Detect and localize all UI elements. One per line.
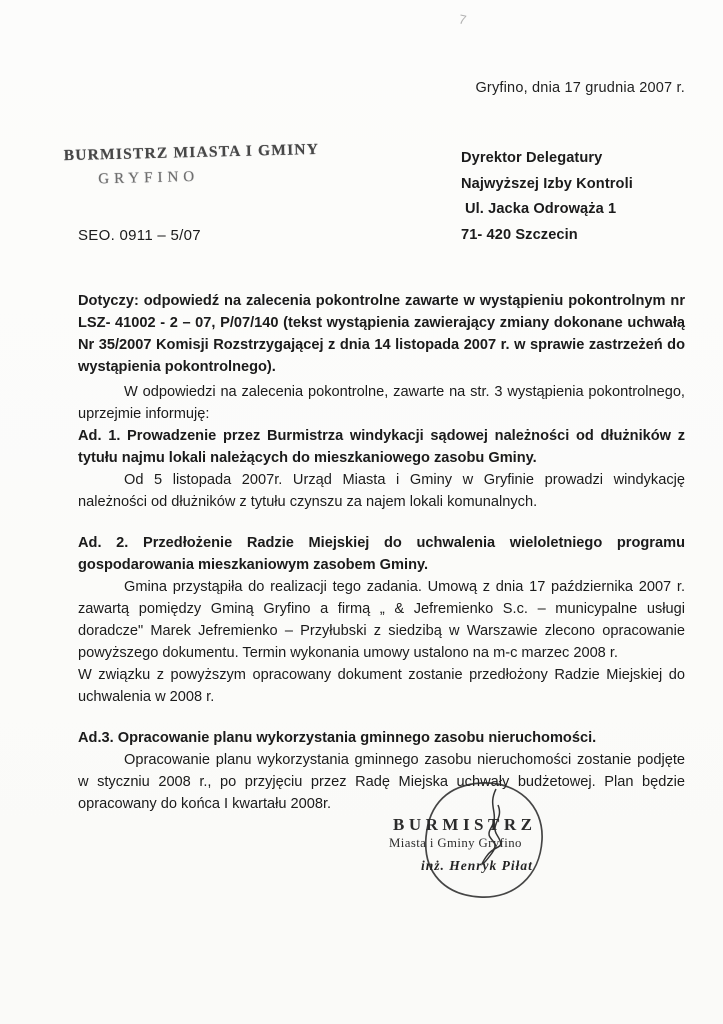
section-2-paragraph: W związku z powyższym opracowany dokumen…: [78, 664, 685, 708]
scan-artifact-mark: 7: [458, 11, 468, 27]
recipient-line: Najwyższej Izby Kontroli: [461, 172, 633, 198]
recipient-line: Ul. Jacka Odrowąża 1: [461, 197, 633, 223]
section-2-heading: Ad. 2. Przedłożenie Radzie Miejskiej do …: [78, 532, 685, 576]
section-2-paragraph: Gmina przystąpiła do realizacji tego zad…: [78, 576, 685, 664]
section-1-heading: Ad. 1. Prowadzenie przez Burmistrza wind…: [78, 425, 685, 469]
signature-stamp-name: inż. Henryk Piłat: [421, 858, 533, 874]
scanned-letter-page: 7 Gryfino, dnia 17 grudnia 2007 r. BURMI…: [0, 0, 723, 1024]
section-1-paragraph: Od 5 listopada 2007r. Urząd Miasta i Gmi…: [78, 469, 685, 513]
signature-stamp-subtitle: Miasta i Gminy Gryfino: [389, 836, 522, 851]
recipient-line: 71- 420 Szczecin: [461, 223, 633, 249]
reference-number: SEO. 0911 – 5/07: [78, 227, 201, 244]
section-3-heading: Ad.3. Opracowanie planu wykorzystania gm…: [78, 727, 685, 749]
date-line: Gryfino, dnia 17 grudnia 2007 r.: [475, 80, 685, 96]
signature-stamp-block: BURMISTRZ Miasta i Gminy Gryfino inż. He…: [383, 779, 578, 909]
section-3-paragraph: Opracowanie planu wykorzystania gminnego…: [78, 749, 685, 815]
recipient-address: Dyrektor Delegatury Najwyższej Izby Kont…: [461, 146, 633, 248]
signature-stamp-title: BURMISTRZ: [393, 815, 536, 835]
letterhead-stamp: BURMISTRZ MIASTA I GMINY GRYFINO: [64, 141, 325, 189]
intro-paragraph: W odpowiedzi na zalecenia pokontrolne, z…: [78, 381, 685, 425]
letterhead-stamp-line1: BURMISTRZ MIASTA I GMINY: [64, 141, 324, 165]
subject-paragraph: Dotyczy: odpowiedź na zalecenia pokontro…: [78, 290, 685, 378]
recipient-line: Dyrektor Delegatury: [461, 146, 633, 172]
letterhead-stamp-line2: GRYFINO: [64, 166, 324, 189]
letter-body: Dotyczy: odpowiedź na zalecenia pokontro…: [78, 290, 685, 815]
